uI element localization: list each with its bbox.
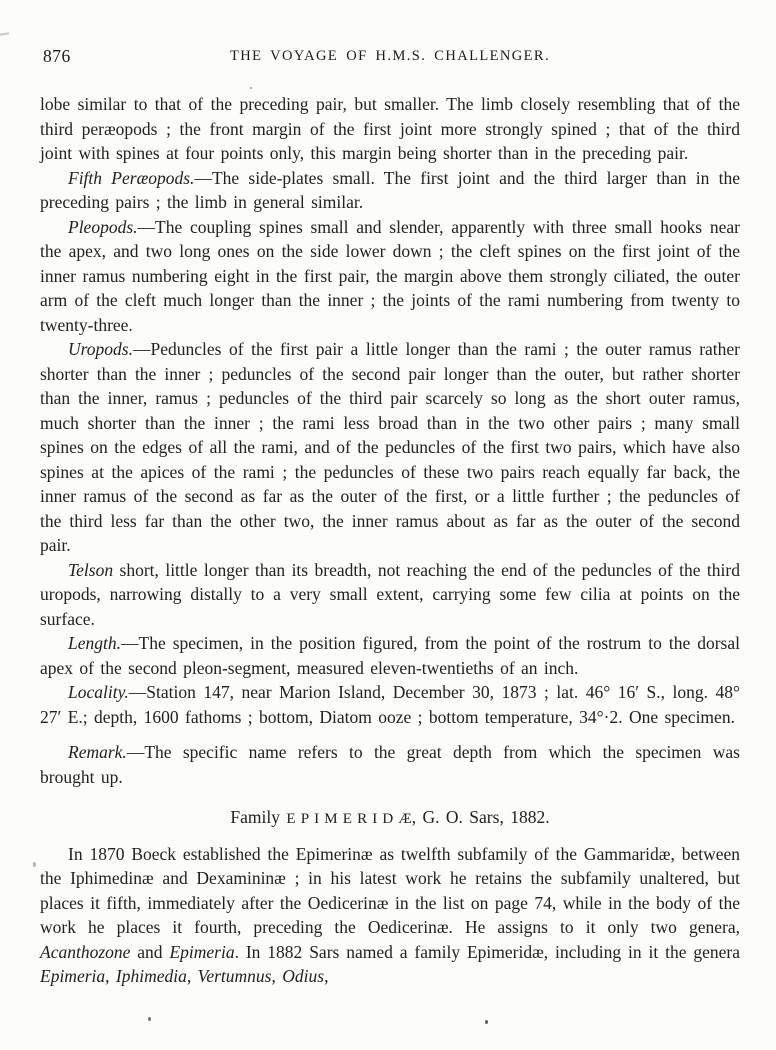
- text-run: —The specimen, in the position figured, …: [40, 633, 740, 678]
- text-run: , G. O. Sars, 1882.: [412, 807, 550, 827]
- paragraph: In 1870 Boeck established the Epimerinæ …: [40, 842, 740, 989]
- text-run: ,: [324, 966, 328, 986]
- italic-text: Locality.: [68, 682, 129, 702]
- text-run: ,: [187, 966, 198, 986]
- italic-text: Length.: [68, 633, 121, 653]
- text-run: —The specific name refers to the great d…: [40, 742, 740, 787]
- italic-text: Vertumnus: [198, 966, 272, 986]
- italic-text: Telson: [68, 560, 113, 580]
- text-run: ,: [105, 966, 116, 986]
- paragraph: lobe similar to that of the preceding pa…: [40, 92, 740, 166]
- italic-text: Acanthozone: [40, 942, 130, 962]
- scan-speck: [250, 87, 252, 89]
- text-run: and: [130, 942, 169, 962]
- section-heading: Family EPIMERIDÆ, G. O. Sars, 1882.: [40, 805, 740, 832]
- paragraph: Length.—The specimen, in the position fi…: [40, 631, 740, 680]
- paragraph: Locality.—Station 147, near Marion Islan…: [40, 680, 740, 729]
- paragraph: Pleopods.—The coupling spines small and …: [40, 215, 740, 338]
- scan-speck: [0, 32, 9, 35]
- running-title: THE VOYAGE OF H.M.S. CHALLENGER.: [40, 48, 740, 65]
- paragraph: Remark.—The specific name refers to the …: [40, 740, 740, 789]
- text-run: —Station 147, near Marion Island, Decemb…: [40, 682, 740, 727]
- italic-text: Epimeria: [169, 942, 234, 962]
- text-run: ,: [272, 966, 283, 986]
- scan-speck: [148, 1017, 151, 1021]
- text-run: —The coupling spines small and slender, …: [40, 217, 740, 335]
- italic-text: Pleopods.: [68, 217, 138, 237]
- text-run: In 1870 Boeck established the Epimerinæ …: [40, 844, 740, 938]
- page: 876 THE VOYAGE OF H.M.S. CHALLENGER. lob…: [0, 0, 776, 1050]
- text-run: Family: [230, 807, 286, 827]
- family-name-caps: EPIMERIDÆ: [286, 811, 417, 827]
- italic-text: Epimeria: [40, 966, 105, 986]
- paragraph: Uropods.—Peduncles of the first pair a l…: [40, 337, 740, 558]
- scan-speck: [485, 1020, 488, 1024]
- text-run: lobe similar to that of the preceding pa…: [40, 94, 740, 163]
- italic-text: Fifth Peræopods.: [68, 168, 194, 188]
- text-run: . In 1882 Sars named a family Epimeridæ,…: [235, 942, 740, 962]
- italic-text: Odius: [282, 966, 324, 986]
- italic-text: Remark.: [68, 742, 127, 762]
- paragraph: Telson short, little longer than its bre…: [40, 558, 740, 632]
- scan-speck: [33, 862, 36, 867]
- page-header: 876 THE VOYAGE OF H.M.S. CHALLENGER.: [40, 46, 740, 66]
- italic-text: Iphimedia: [116, 966, 187, 986]
- paragraph: Fifth Peræopods.—The side-plates small. …: [40, 166, 740, 215]
- italic-text: Uropods.: [68, 339, 133, 359]
- page-body: lobe similar to that of the preceding pa…: [40, 92, 740, 989]
- text-run: —Peduncles of the first pair a little lo…: [40, 339, 740, 555]
- text-run: short, little longer than its breadth, n…: [40, 560, 740, 629]
